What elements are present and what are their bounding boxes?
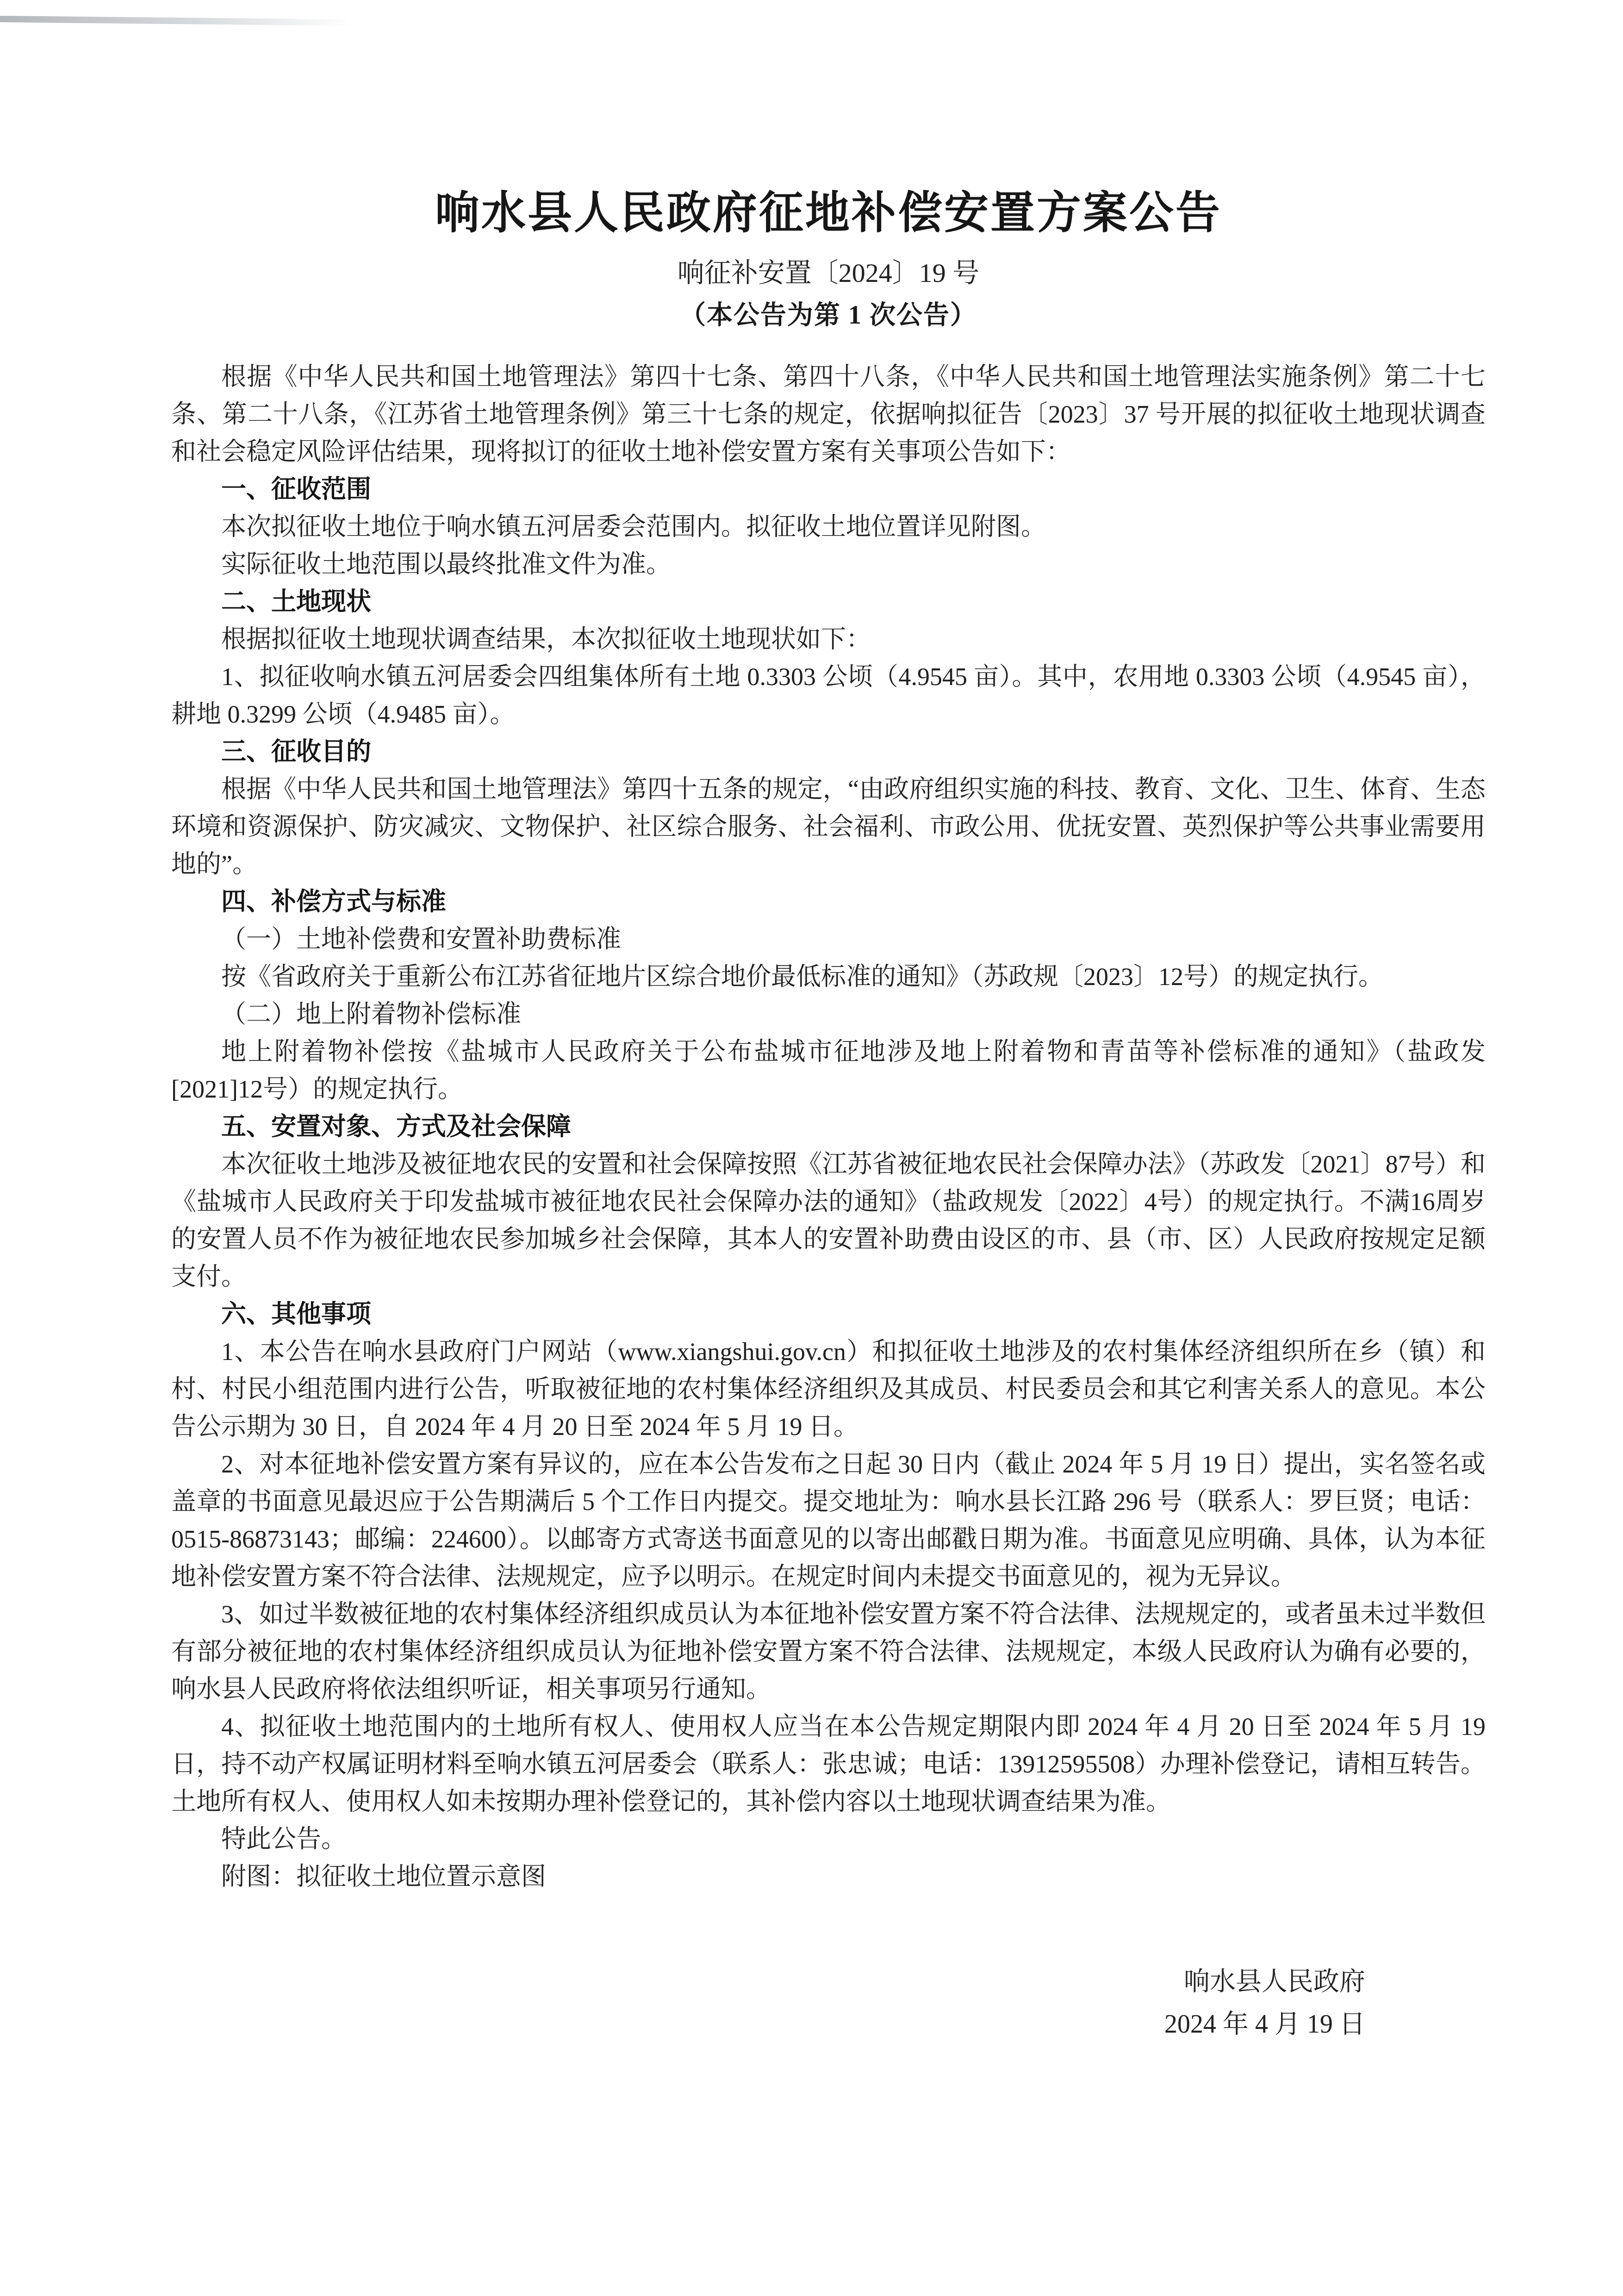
- closing-line: 特此公告。: [171, 1821, 1486, 1858]
- section-heading-resettlement: 五、安置对象、方式及社会保障: [171, 1108, 1486, 1146]
- attachment-line: 附图：拟征收土地位置示意图: [171, 1858, 1486, 1896]
- announcement-note: （本公告为第 1 次公告）: [171, 294, 1486, 336]
- section-land-status-paragraph-2: 1、拟征收响水镇五河居委会四组集体所有土地 0.3303 公顷（4.9545 亩…: [171, 658, 1486, 733]
- announcement-page: 响水县人民政府征地补偿安置方案公告 响征补安置〔2024〕19 号 （本公告为第…: [0, 0, 1623, 2296]
- section-compensation-paragraph-4: 地上附着物补偿按《盐城市人民政府关于公布盐城市征地涉及地上附着物和青苗等补偿标准…: [171, 1033, 1486, 1108]
- section-other-paragraph-2: 2、对本征地补偿安置方案有异议的，应在本公告发布之日起 30 日内（截止 202…: [171, 1446, 1486, 1596]
- section-resettlement-paragraph-1: 本次征收土地涉及被征地农民的安置和社会保障按照《江苏省被征地农民社会保障办法》（…: [171, 1146, 1486, 1296]
- page-title: 响水县人民政府征地补偿安置方案公告: [171, 181, 1486, 245]
- section-purpose-paragraph-1: 根据《中华人民共和国土地管理法》第四十五条的规定，“由政府组织实施的科技、教育、…: [171, 771, 1486, 883]
- section-heading-land-status: 二、土地现状: [171, 583, 1486, 621]
- scan-streak-artifact: [0, 16, 352, 26]
- section-other-paragraph-1: 1、本公告在响水县政府门户网站（www.xiangshui.gov.cn）和拟征…: [171, 1333, 1486, 1446]
- section-heading-purpose: 三、征收目的: [171, 733, 1486, 771]
- doc-number: 响征补安置〔2024〕19 号: [171, 252, 1486, 294]
- section-compensation-paragraph-1: （一）土地补偿费和安置补助费标准: [171, 921, 1486, 958]
- section-other-paragraph-3: 3、如过半数被征地的农村集体经济组织成员认为本征地补偿安置方案不符合法律、法规规…: [171, 1596, 1486, 1708]
- section-heading-other: 六、其他事项: [171, 1296, 1486, 1333]
- section-land-status-paragraph-1: 根据拟征收土地现状调查结果，本次拟征收土地现状如下：: [171, 621, 1486, 658]
- signature-block: 响水县人民政府 2024 年 4 月 19 日: [171, 1960, 1486, 2046]
- section-compensation-paragraph-2: 按《省政府关于重新公布江苏省征地片区综合地价最低标准的通知》（苏政规〔2023〕…: [171, 958, 1486, 996]
- section-other-paragraph-4: 4、拟征收土地范围内的土地所有权人、使用权人应当在本公告规定期限内即 2024 …: [171, 1708, 1486, 1821]
- section-heading-scope: 一、征收范围: [171, 471, 1486, 508]
- issuer: 响水县人民政府: [171, 1960, 1365, 2003]
- intro-paragraph: 根据《中华人民共和国土地管理法》第四十七条、第四十八条，《中华人民共和国土地管理…: [171, 358, 1486, 471]
- section-scope-paragraph-1: 本次拟征收土地位于响水镇五河居委会范围内。拟征收土地位置详见附图。: [171, 508, 1486, 546]
- section-heading-compensation: 四、补偿方式与标准: [171, 883, 1486, 921]
- document-content: 响水县人民政府征地补偿安置方案公告 响征补安置〔2024〕19 号 （本公告为第…: [171, 181, 1486, 2046]
- section-scope-paragraph-2: 实际征收土地范围以最终批准文件为准。: [171, 546, 1486, 583]
- document-body: 根据《中华人民共和国土地管理法》第四十七条、第四十八条，《中华人民共和国土地管理…: [171, 358, 1486, 1896]
- issue-date: 2024 年 4 月 19 日: [171, 2003, 1365, 2046]
- section-compensation-paragraph-3: （二）地上附着物补偿标准: [171, 996, 1486, 1033]
